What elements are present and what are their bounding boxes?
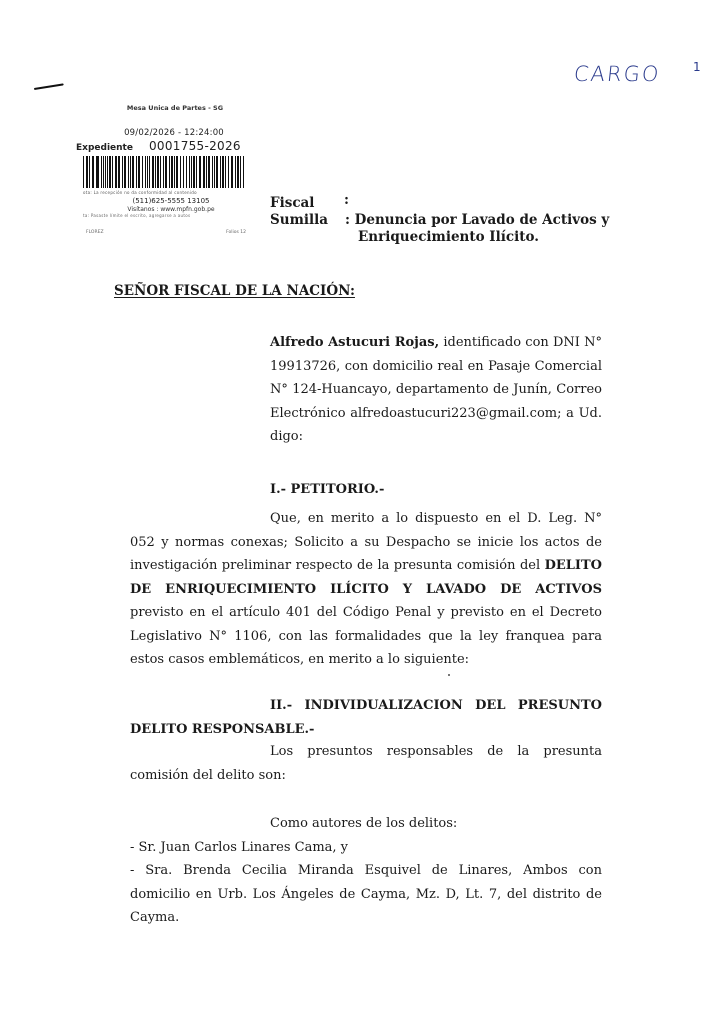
heading-word: PRESUNTO [518,694,602,718]
handwritten-cargo-number: 1 [693,60,701,74]
responsables-line-2: comisión del delito son: [130,764,602,788]
intro-text: identificado con DNI N° 19913726, con do… [270,335,602,444]
complainant-name: Alfredo Astucuri Rojas, [270,335,439,350]
stamp-footer-left: FLOREZ [86,230,104,235]
heading-word: II.- [270,694,292,718]
stamp-datetime: 09/02/2026 - 12:24:00 [90,128,258,138]
accused-list-lead: Como autores de los delitos: [130,812,602,836]
stamp-website: Visítanos : www.mpfn.gob.pe [84,206,258,213]
handwritten-dash-mark [34,83,64,90]
expediente-number: 0001755-2026 [149,139,241,153]
accused-list: Como autores de los delitos: - Sr. Juan … [130,812,602,930]
petitorio-text-a: Que, en merito a lo dispuesto en el D. L… [130,511,602,573]
expediente-label: Expediente [76,143,133,153]
scan-speck [448,674,450,676]
section-2-heading-line-1: II.- INDIVIDUALIZACION DEL PRESUNTO [130,694,602,718]
addressee-heading: SEÑOR FISCAL DE LA NACIÓN: [114,283,355,299]
heading-word: INDIVIDUALIZACION [305,694,463,718]
stamp-phone: (511)625-5555 13105 [84,197,258,205]
reception-stamp: Mesa Unica de Partes - SG 09/02/2026 - 1… [80,104,258,235]
section-2-heading: II.- INDIVIDUALIZACION DEL PRESUNTO DELI… [130,694,602,741]
barcode-icon [83,156,245,188]
section-2-paragraph: Los presuntos responsables de la presunt… [130,740,602,787]
section-2-heading-line-2: DELITO RESPONSABLE.- [130,718,602,742]
sumilla-value: : Denuncia por Lavado de Activos y Enriq… [345,212,615,246]
stamp-fine-print-2: ta: Pasaste límite el escrito, agregarse… [83,213,258,218]
handwritten-cargo-note: CARGO [573,62,662,86]
sumilla-line-2: Enriquecimiento Ilícito. [345,229,615,246]
section-1-paragraph: Que, en merito a lo dispuesto en el D. L… [130,507,602,672]
sumilla-label: Sumilla [270,212,328,228]
section-1-heading: I.- PETITORIO.- [270,482,384,497]
sumilla-line-1: : Denuncia por Lavado de Activos y [345,212,615,229]
petitorio-text-b: previsto en el artículo 401 del Código P… [130,605,602,667]
stamp-fine-print: ota: La recepción no da conformidad al c… [83,190,258,195]
stamp-office: Mesa Unica de Partes - SG [92,104,258,112]
heading-word: DEL [475,694,505,718]
intro-paragraph: Alfredo Astucuri Rojas, identificado con… [270,331,602,449]
list-item: - Sr. Juan Carlos Linares Cama, y [130,836,602,860]
stamp-footer-right: Folios 12 [226,230,246,235]
fiscal-label: Fiscal [270,195,314,211]
stamp-footer: FLOREZ Folios 12 [86,230,246,235]
responsables-line-1: Los presuntos responsables de la presunt… [130,740,602,764]
fiscal-value: : [344,192,349,208]
list-item: - Sra. Brenda Cecilia Miranda Esquivel d… [130,859,602,930]
stamp-expediente: Expediente 0001755-2026 [76,139,258,153]
